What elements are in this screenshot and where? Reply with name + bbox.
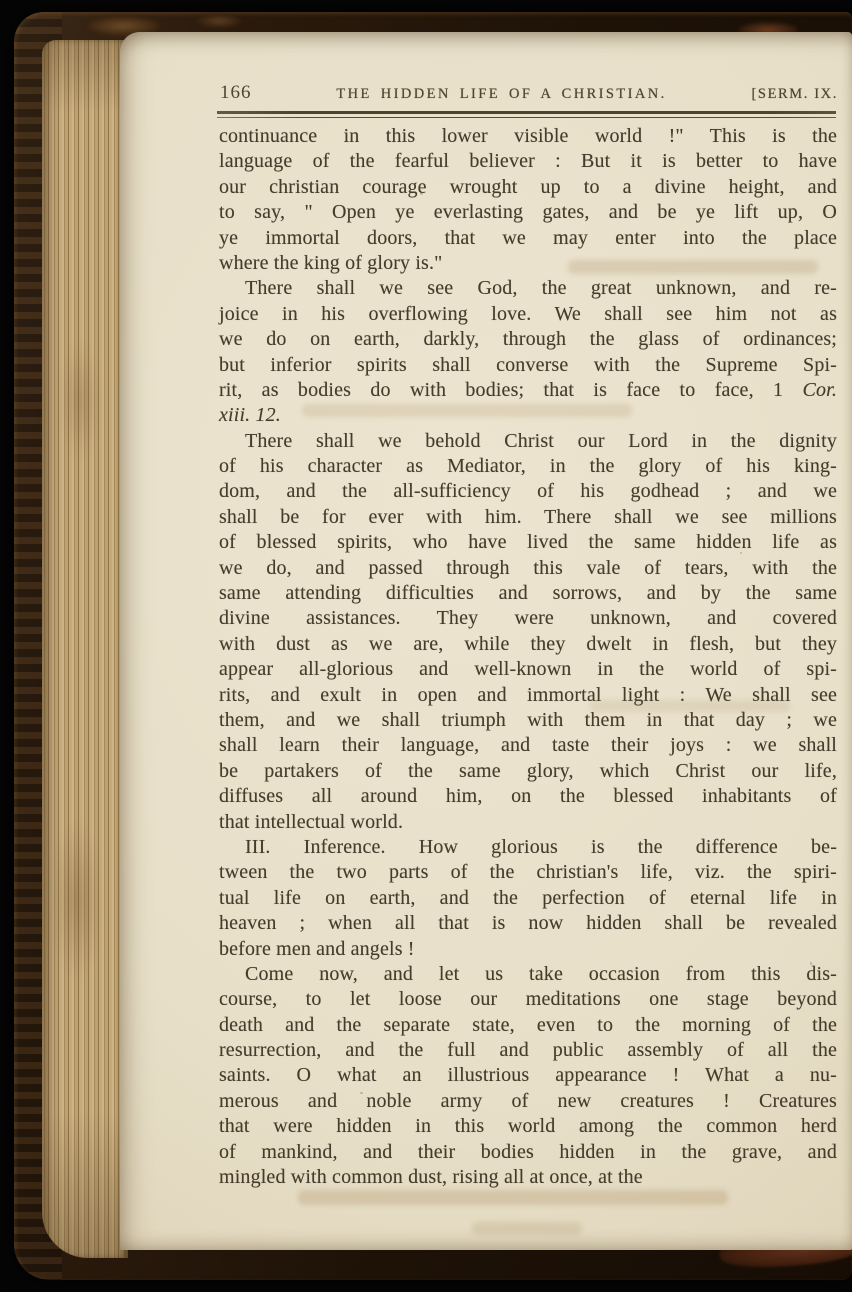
text-line: to say, " Open ye everlasting gates, and… — [219, 200, 837, 225]
text-line: rit, as bodies do with bodies; that is f… — [219, 378, 837, 403]
text-line: shall learn their language, and taste th… — [219, 733, 837, 758]
text-line: merous and noble army of new creatures !… — [219, 1089, 837, 1114]
text-line: of his character as Mediator, in the glo… — [219, 454, 837, 479]
text-line: There shall we see God, the great unknow… — [219, 276, 837, 301]
text-line: of blessed spirits, who have lived the s… — [219, 530, 837, 555]
text-line: rits, and exult in open and immortal lig… — [219, 683, 837, 708]
text-line: diffuses all around him, on the blessed … — [219, 784, 837, 809]
text-line: that were hidden in this world among the… — [219, 1114, 837, 1139]
text-line: be partakers of the same glory, which Ch… — [219, 759, 837, 784]
paper-fleck — [810, 962, 812, 965]
page-header: 166 THE HIDDEN LIFE OF A CHRISTIAN. [SER… — [220, 82, 838, 104]
page-edge-stain — [60, 340, 100, 460]
text-line: course, to let loose our meditations one… — [219, 987, 837, 1012]
text-line: Come now, and let us take occasion from … — [219, 962, 837, 987]
show-through-smudge — [298, 1190, 728, 1205]
text-line: with dust as we are, while they dwelt in… — [219, 632, 837, 657]
text-line: language of the fearful believer : But i… — [219, 149, 837, 174]
running-title: THE HIDDEN LIFE OF A CHRISTIAN. — [336, 86, 666, 103]
citation-italic: Cor. — [802, 379, 837, 401]
text-line: mingled with common dust, rising all at … — [219, 1165, 837, 1190]
page-number: 166 — [220, 82, 252, 104]
text-line: xiii. 12. — [219, 403, 837, 428]
rule-thick-line — [217, 111, 836, 114]
text-line: where the king of glory is." — [219, 251, 837, 276]
text-line: them, and we shall triumph with them in … — [219, 708, 837, 733]
page-edges-stack — [42, 40, 128, 1258]
text-line: appear all-glorious and well-known in th… — [219, 657, 837, 682]
text-line: of mankind, and their bodies hidden in t… — [219, 1140, 837, 1165]
text-line: saints. O what an illustrious appearance… — [219, 1063, 837, 1088]
text-block: continuance in this lower visible world … — [219, 124, 837, 1190]
text-line: death and the separate state, even to th… — [219, 1013, 837, 1038]
book-scan-photo: 166 THE HIDDEN LIFE OF A CHRISTIAN. [SER… — [0, 0, 852, 1292]
paper-fleck — [740, 552, 742, 554]
text-line: we do, and passed through this vale of t… — [219, 556, 837, 581]
paper-fleck — [360, 1092, 363, 1094]
text-line: our christian courage wrought up to a di… — [219, 175, 837, 200]
text-line: joice in his overflowing love. We shall … — [219, 302, 837, 327]
book-page: 166 THE HIDDEN LIFE OF A CHRISTIAN. [SER… — [120, 32, 852, 1250]
section-mark: [SERM. IX. — [751, 86, 838, 103]
text-segment: rit, as bodies do with bodies; that is f… — [219, 379, 802, 401]
text-line: tween the two parts of the christian's l… — [219, 860, 837, 885]
text-line: heaven ; when all that is now hidden sha… — [219, 911, 837, 936]
text-line: divine assistances. They were unknown, a… — [219, 606, 837, 631]
text-line: before men and angels ! — [219, 937, 837, 962]
page-edge-stain — [52, 820, 102, 980]
cover-edge-bump — [196, 14, 242, 28]
text-line: tual life on earth, and the perfection o… — [219, 886, 837, 911]
rule-thin-line — [217, 117, 836, 118]
paper-fleck — [420, 192, 423, 195]
text-line: we do on earth, darkly, through the glas… — [219, 327, 837, 352]
text-line: same attending difficulties and sorrows,… — [219, 581, 837, 606]
header-double-rule — [217, 111, 836, 119]
text-line: that intellectual world. — [219, 810, 837, 835]
show-through-smudge — [472, 1222, 582, 1235]
text-line: dom, and the all-sufficiency of his godh… — [219, 479, 837, 504]
text-line: but inferior spirits shall converse with… — [219, 353, 837, 378]
text-line: III. Inference. How glorious is the diff… — [219, 835, 837, 860]
text-line: continuance in this lower visible world … — [219, 124, 837, 149]
text-line: shall be for ever with him. There shall … — [219, 505, 837, 530]
citation-italic: xiii. 12. — [219, 404, 281, 426]
text-line: ye immortal doors, that we may enter int… — [219, 226, 837, 251]
text-line: resurrection, and the full and public as… — [219, 1038, 837, 1063]
text-line: There shall we behold Christ our Lord in… — [219, 429, 837, 454]
